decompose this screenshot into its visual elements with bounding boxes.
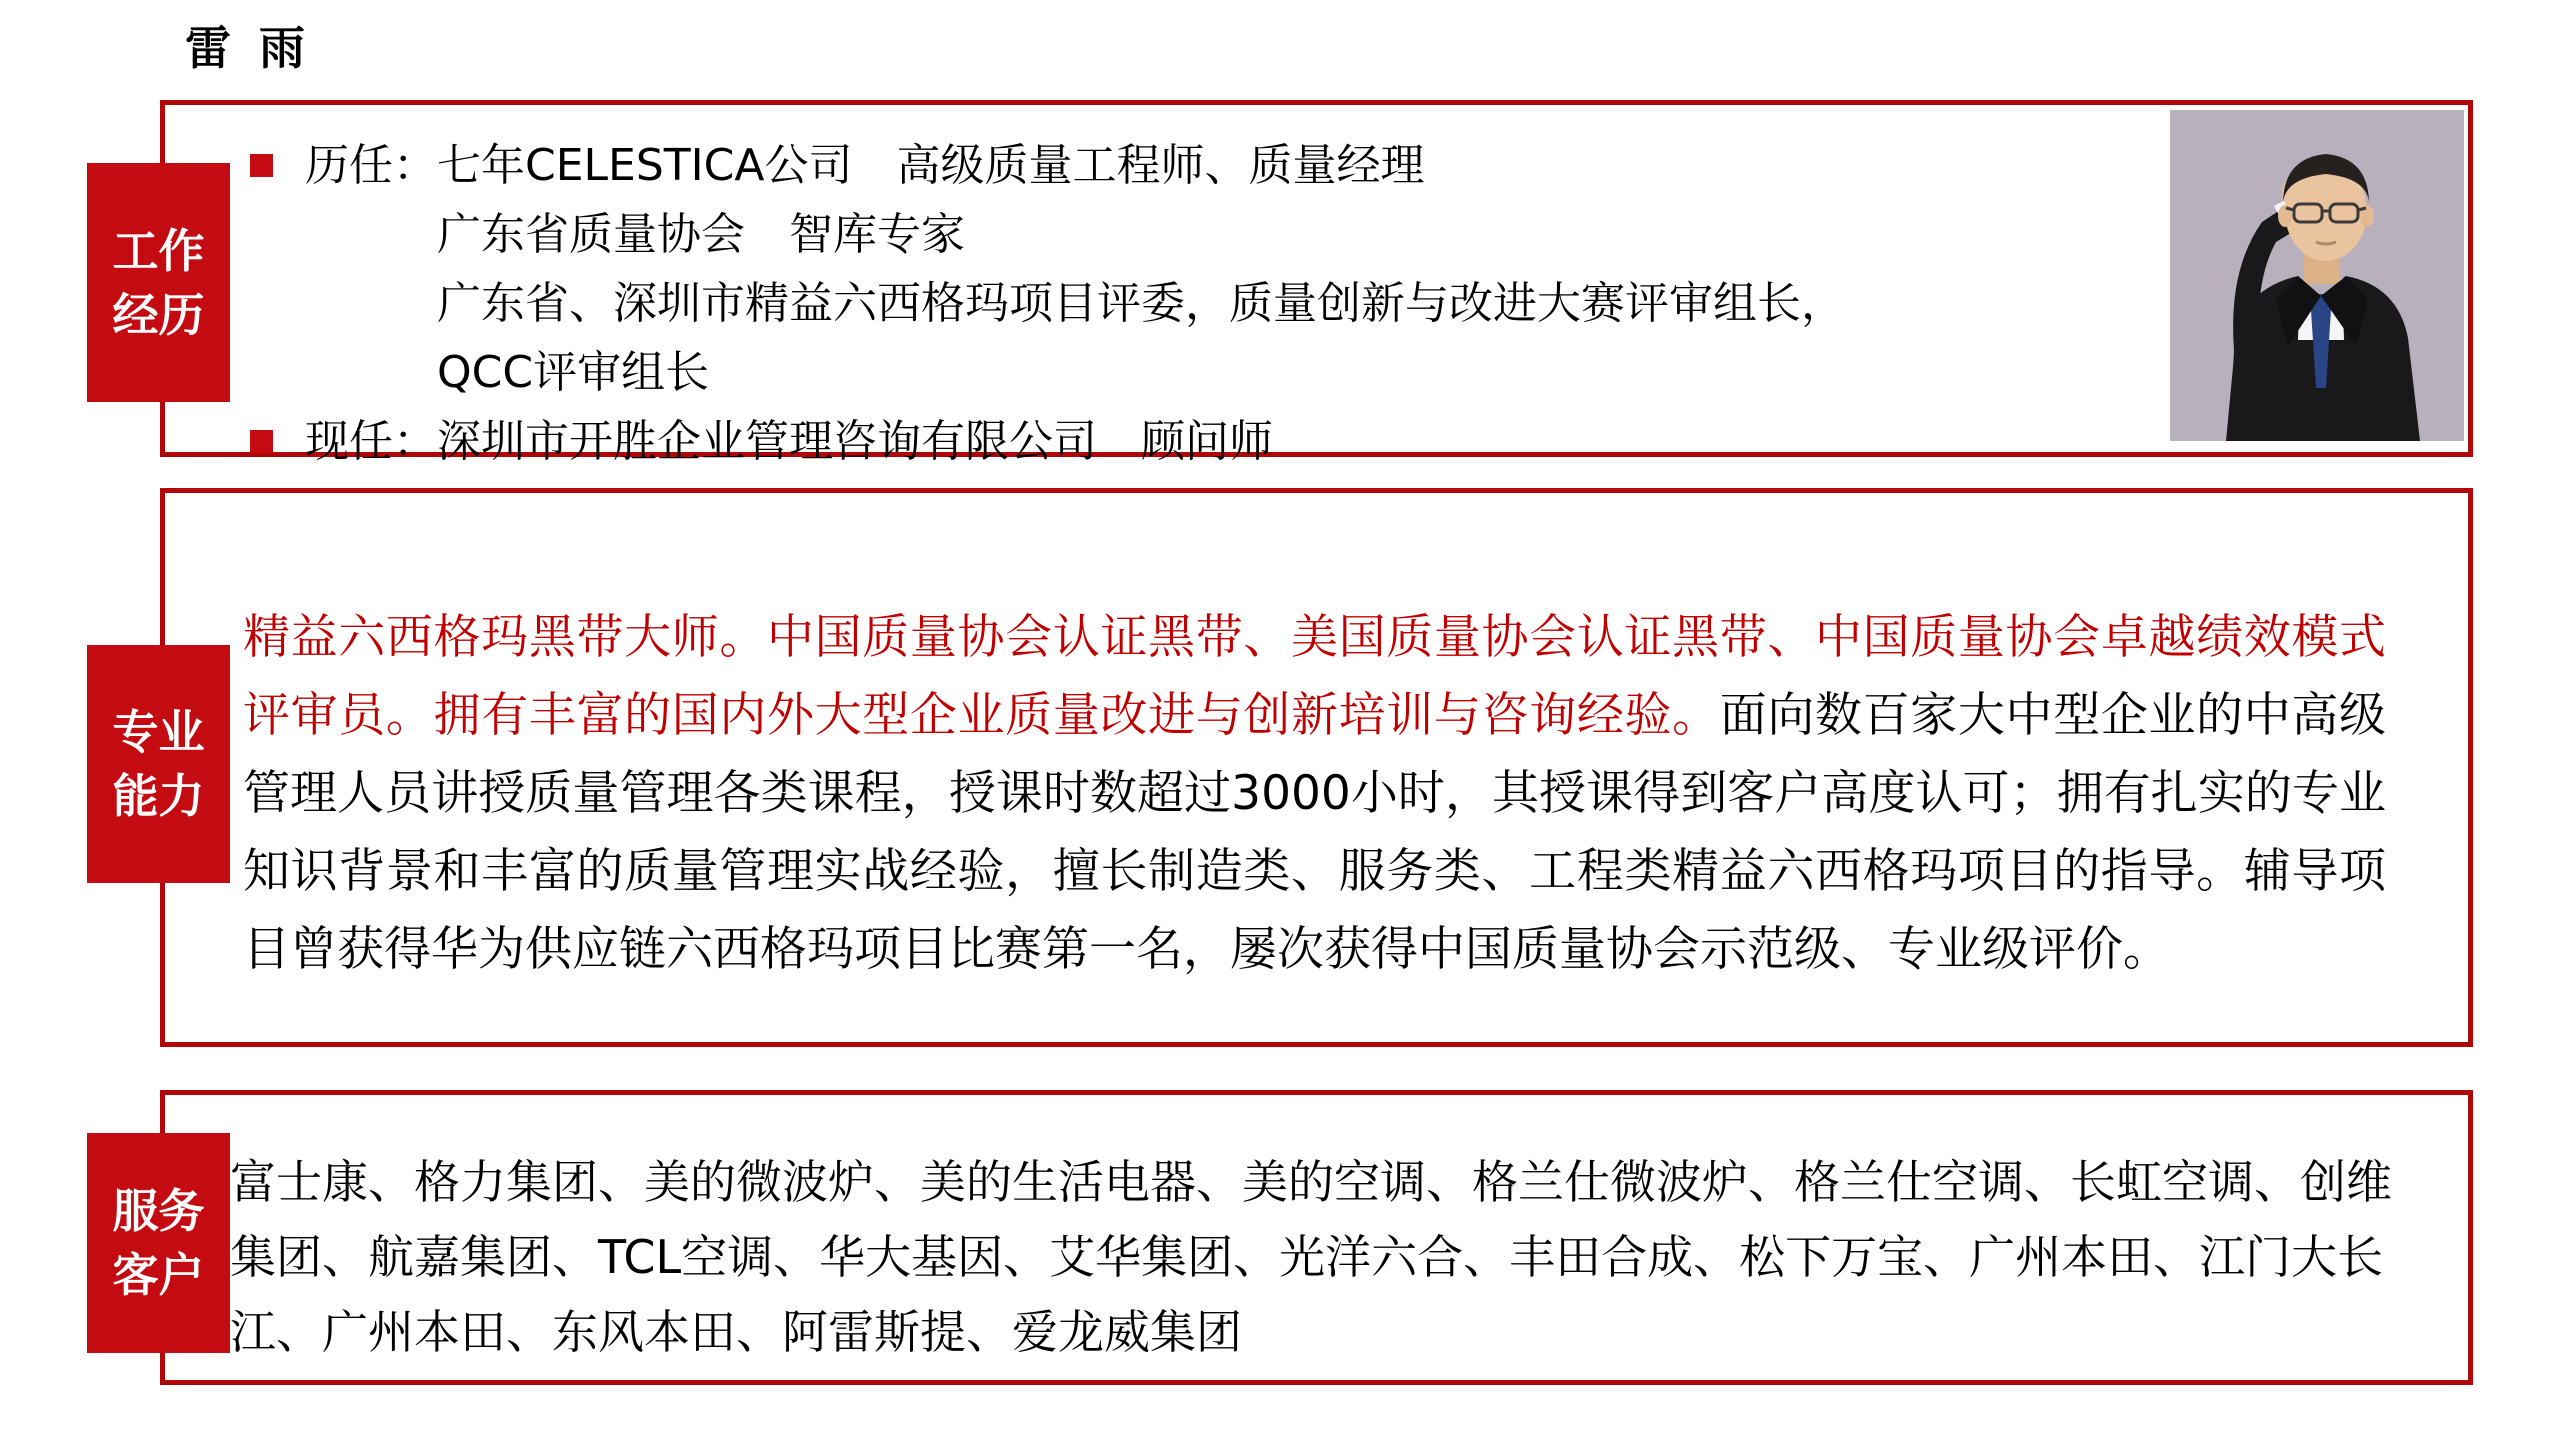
- service-clients-list: 富士康、格力集团、美的微波炉、美的生活电器、美的空调、格兰仕微波炉、格兰仕空调、…: [165, 1095, 2468, 1370]
- service-clients-label: 服务 客户: [87, 1133, 230, 1353]
- work-entry-current: 现任：深圳市开胜企业管理咨询有限公司 顾问师: [250, 407, 2428, 476]
- professional-ability-box: 精益六西格玛黑带大师。中国质量协会认证黑带、美国质量协会认证黑带、中国质量协会卓…: [160, 488, 2473, 1047]
- work-entry-past-lead: 历任：七年CELESTICA公司 高级质量工程师、质量经理: [305, 131, 2428, 200]
- work-experience-label-line2: 经历: [113, 283, 205, 347]
- professional-ability-paragraph: 精益六西格玛黑带大师。中国质量协会认证黑带、美国质量协会认证黑带、中国质量协会卓…: [165, 493, 2468, 989]
- work-entry-past-line3: 广东省、深圳市精益六西格玛项目评委，质量创新与改进大赛评审组长，: [305, 269, 2428, 338]
- work-entry-past-line4: QCC评审组长: [305, 338, 2428, 407]
- professional-ability-label-line1: 专业: [113, 700, 205, 764]
- work-entry-current-lead: 现任：深圳市开胜企业管理咨询有限公司 顾问师: [305, 407, 2428, 476]
- service-clients-box: 富士康、格力集团、美的微波炉、美的生活电器、美的空调、格兰仕微波炉、格兰仕空调、…: [160, 1090, 2473, 1385]
- work-experience-label-line1: 工作: [113, 219, 205, 283]
- service-clients-label-line2: 客户: [113, 1243, 205, 1307]
- professional-ability-label-line2: 能力: [113, 764, 205, 828]
- work-experience-label: 工作 经历: [87, 163, 230, 402]
- portrait-photo: [2170, 110, 2464, 441]
- red-square-bullet-icon: [250, 430, 273, 453]
- professional-ability-label: 专业 能力: [87, 645, 230, 883]
- work-entry-past: 历任：七年CELESTICA公司 高级质量工程师、质量经理 广东省质量协会 智库…: [250, 131, 2428, 407]
- portrait-photo-graphic: [2170, 110, 2464, 441]
- work-entry-past-line2: 广东省质量协会 智库专家: [305, 200, 2428, 269]
- red-square-bullet-icon: [250, 154, 273, 177]
- work-experience-box: 历任：七年CELESTICA公司 高级质量工程师、质量经理 广东省质量协会 智库…: [160, 100, 2473, 457]
- service-clients-label-line1: 服务: [113, 1179, 205, 1243]
- work-experience-content: 历任：七年CELESTICA公司 高级质量工程师、质量经理 广东省质量协会 智库…: [165, 105, 2468, 476]
- page-title: 雷 雨: [185, 12, 311, 78]
